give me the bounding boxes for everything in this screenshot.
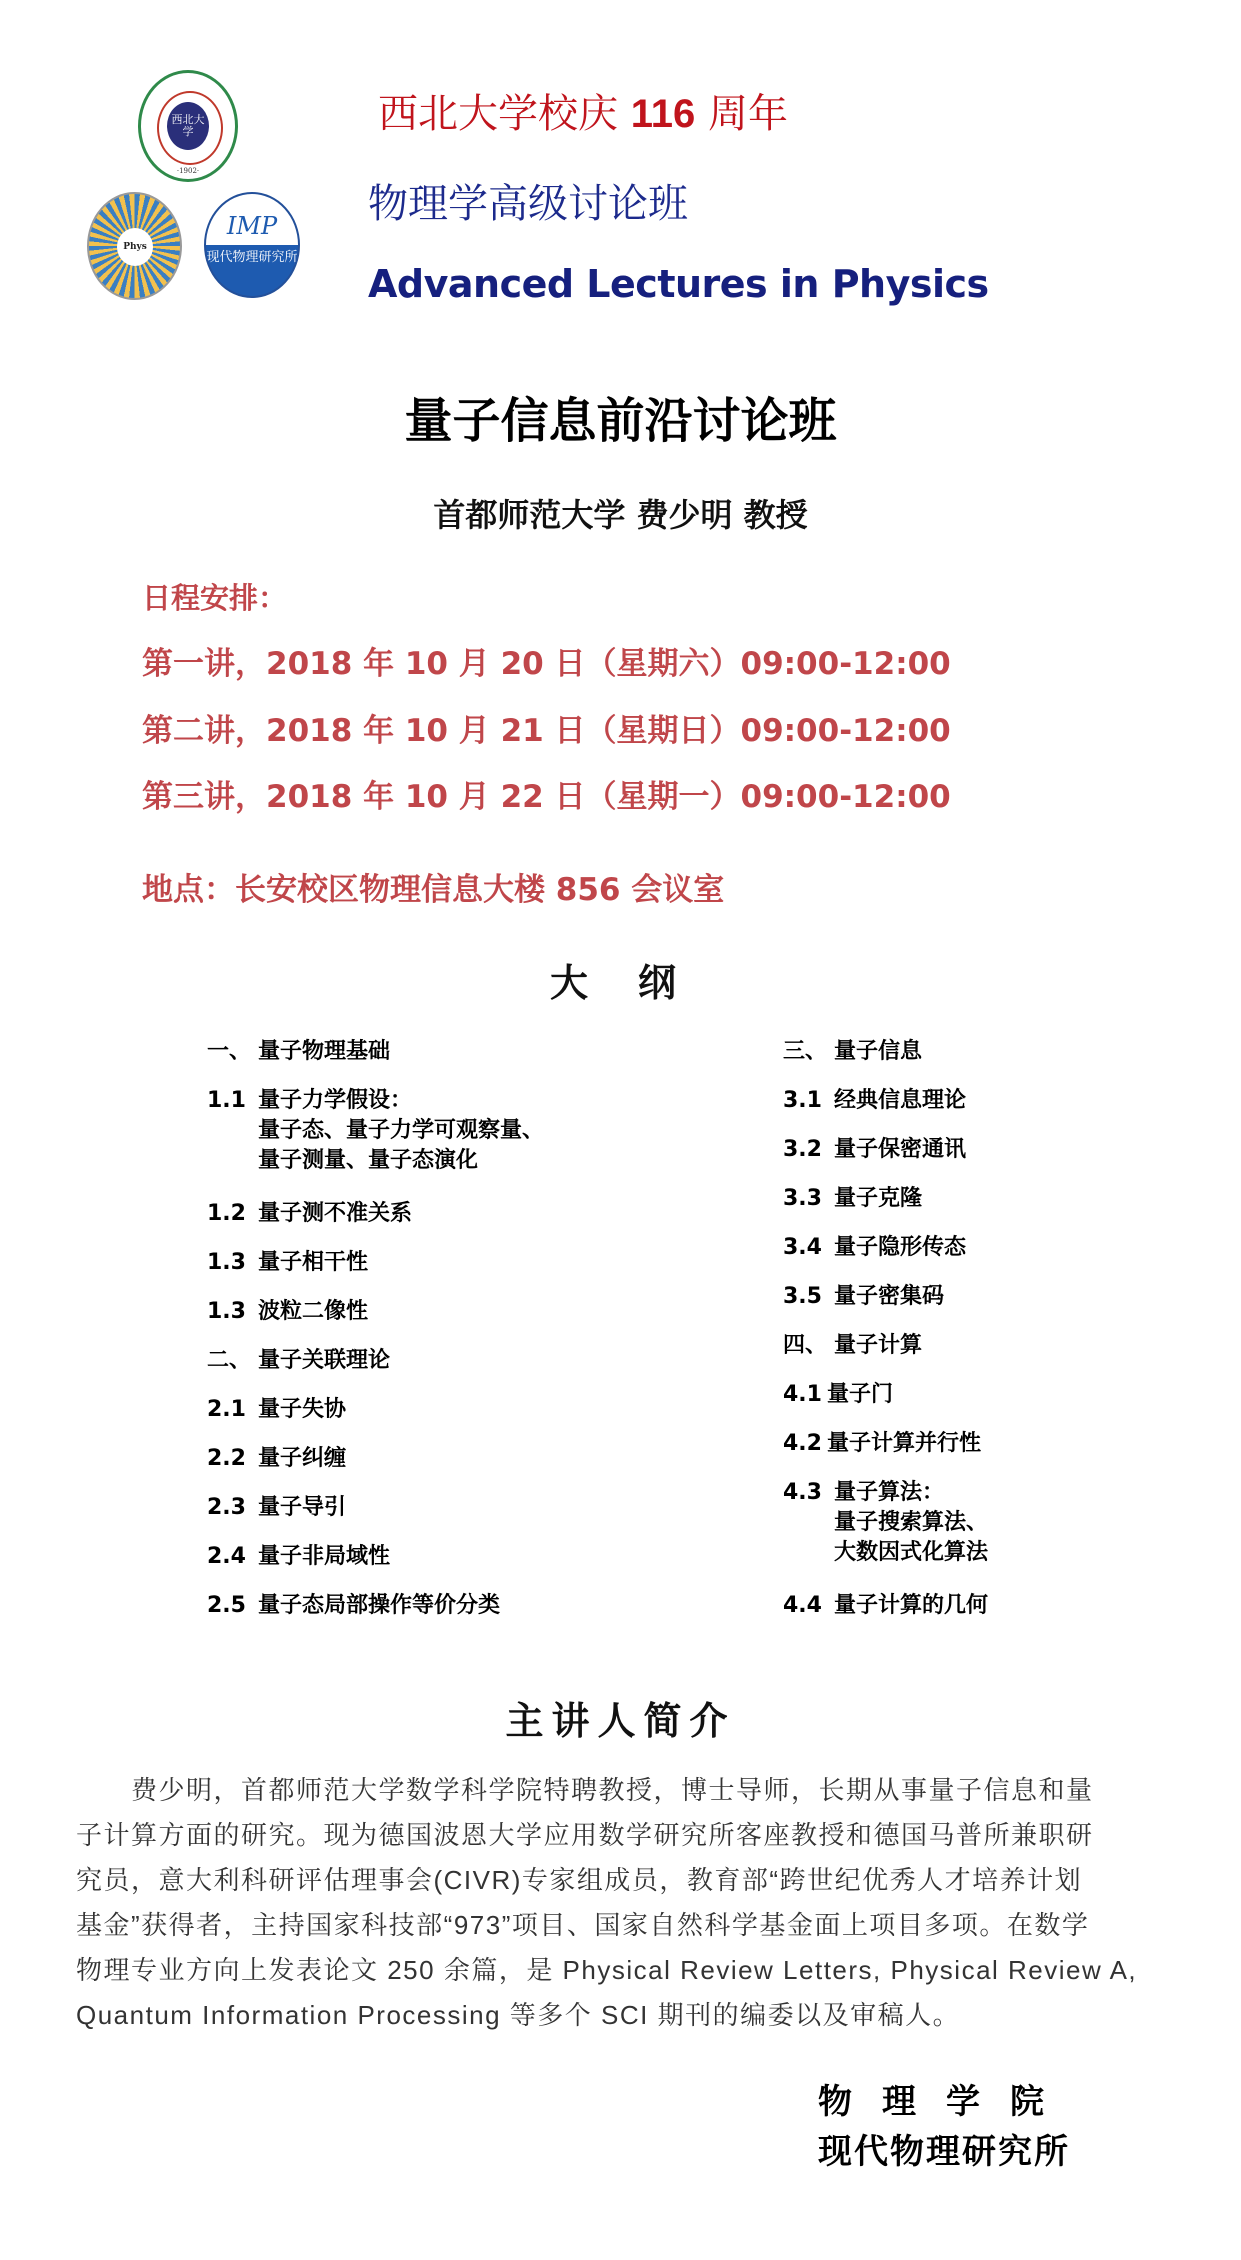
speaker-line: 首都师范大学 费少明 教授	[0, 490, 1241, 536]
schedule-title: 日程安排：	[142, 576, 287, 617]
outline-item: 1.3量子相干性	[207, 1245, 368, 1276]
outline-item: 1.1量子力学假设：	[207, 1083, 412, 1114]
series-title-cn: 物理学高级讨论班	[368, 172, 688, 229]
northwest-university-logo: 西北大学 ·1902·	[138, 70, 238, 182]
outline-item: 4.2量子计算并行性	[783, 1426, 981, 1457]
outline-item: 2.4量子非局域性	[207, 1539, 390, 1570]
outline-item-continuation: 大数因式化算法	[783, 1535, 988, 1566]
outline-item: 4.4量子计算的几何	[783, 1588, 988, 1619]
schedule-session-1: 第一讲，2018 年 10 月 20 日（星期六）09:00-12:00	[142, 638, 951, 683]
schedule-session-2: 第二讲，2018 年 10 月 21 日（星期日）09:00-12:00	[142, 705, 951, 750]
outline-item: 3.5量子密集码	[783, 1279, 944, 1310]
school-of-physics-logo: Phys	[87, 192, 182, 300]
anniversary-heading: 西北大学校庆 116 周年	[378, 82, 788, 139]
logo-core: 西北大学	[167, 102, 209, 150]
location: 地点：长安校区物理信息大楼 856 会议室	[142, 864, 724, 909]
outline-item: 3.2量子保密通讯	[783, 1132, 966, 1163]
outline-item: 1.3波粒二像性	[207, 1294, 368, 1325]
series-title-en: Advanced Lectures in Physics	[368, 262, 989, 306]
event-title: 量子信息前沿讨论班	[0, 382, 1241, 451]
outline-item-continuation: 量子态、量子力学可观察量、	[207, 1113, 544, 1144]
bio-line: 基金”获得者，主持国家科技部“973”项目、国家自然科学基金面上项目多项。在数学	[76, 1903, 1166, 1948]
outline-item-continuation: 量子测量、量子态演化	[207, 1143, 478, 1174]
outline-item: 2.5量子态局部操作等价分类	[207, 1588, 500, 1619]
outline-item: 三、量子信息	[783, 1034, 922, 1065]
bio-title: 主讲人简介	[0, 1690, 1241, 1745]
outline-item: 4.1量子门	[783, 1377, 893, 1408]
bio-line: 子计算方面的研究。现为德国波恩大学应用数学研究所客座教授和德国马普所兼职研	[76, 1813, 1166, 1858]
outline-item: 3.1经典信息理论	[783, 1083, 966, 1114]
outline-item: 一、量子物理基础	[207, 1034, 390, 1065]
outline-title-left: 大	[550, 952, 588, 1007]
outline-item: 3.4量子隐形传态	[783, 1230, 966, 1261]
outline-item: 3.3量子克隆	[783, 1181, 922, 1212]
phys-logo-core: Phys	[117, 228, 153, 266]
outline-title-right: 纲	[638, 952, 676, 1007]
signature-school: 物理学院	[818, 2074, 1074, 2123]
logo-year: ·1902·	[141, 167, 235, 175]
anniversary-number: 116	[631, 92, 696, 136]
outline-item: 2.1量子失协	[207, 1392, 346, 1423]
outline-item: 1.2量子测不准关系	[207, 1196, 412, 1227]
bio-line: 究员，意大利科研评估理事会(CIVR)专家组成员，教育部“跨世纪优秀人才培养计划	[76, 1858, 1166, 1903]
outline-item-continuation: 量子搜索算法、	[783, 1505, 988, 1536]
imp-logo-cn: 现代物理研究所	[206, 250, 298, 267]
outline-item: 2.3量子导引	[207, 1490, 346, 1521]
anniversary-suffix: 周年	[708, 91, 788, 137]
bio-line: 物理专业方向上发表论文 250 余篇，是 Physical Review Let…	[76, 1948, 1166, 1993]
schedule-session-3: 第三讲，2018 年 10 月 22 日（星期一）09:00-12:00	[142, 771, 951, 816]
signature-institute: 现代物理研究所	[818, 2124, 1070, 2173]
outline-item: 4.3量子算法：	[783, 1475, 944, 1506]
bio-paragraph: 费少明，首都师范大学数学科学院特聘教授，博士导师，长期从事量子信息和量 子计算方…	[76, 1768, 1166, 2038]
outline-item: 2.2量子纠缠	[207, 1441, 346, 1472]
institute-modern-physics-logo: IMP 现代物理研究所	[204, 192, 300, 298]
bio-line: Quantum Information Processing 等多个 SCI 期…	[76, 1993, 1166, 2038]
anniversary-prefix: 西北大学校庆	[378, 91, 618, 137]
bio-line: 费少明，首都师范大学数学科学院特聘教授，博士导师，长期从事量子信息和量	[76, 1768, 1166, 1813]
outline-item: 四、量子计算	[783, 1328, 922, 1359]
imp-logo-letters: IMP	[206, 212, 298, 240]
outline-item: 二、量子关联理论	[207, 1343, 390, 1374]
